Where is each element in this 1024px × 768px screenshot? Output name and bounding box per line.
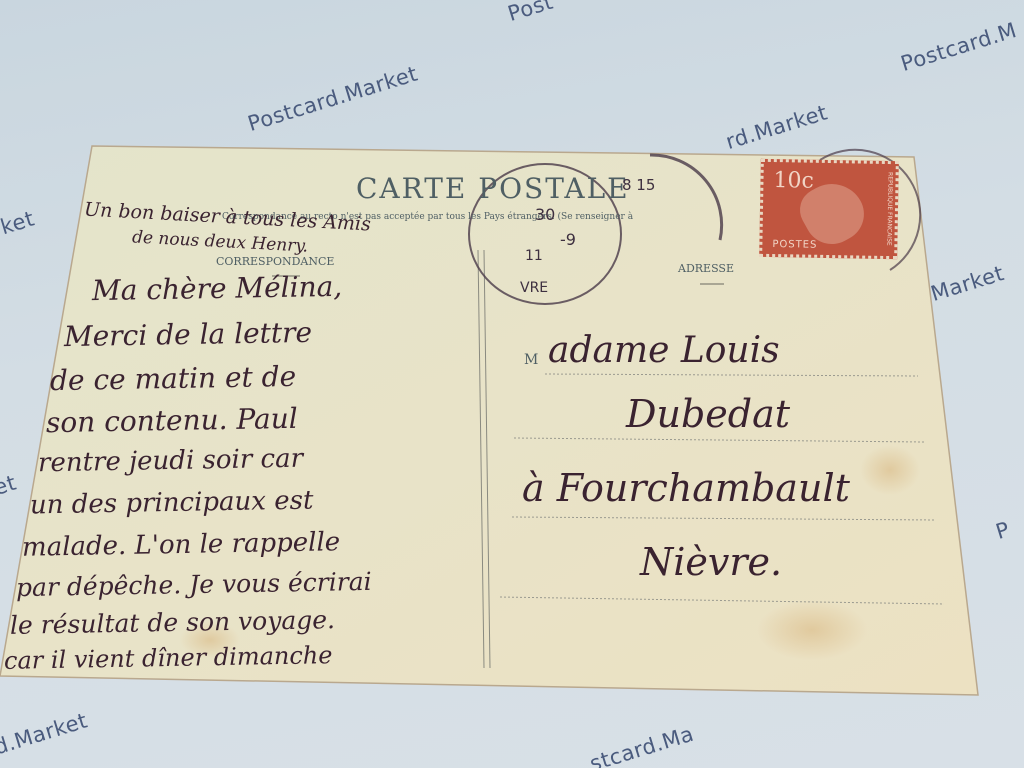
postmark-dept: VRE (520, 280, 548, 296)
message-line: de ce matin et de (50, 360, 297, 397)
address-line: à Fourchambault (522, 466, 850, 510)
postcard: CARTE POSTALE Correspondance au recto n'… (0, 0, 1024, 768)
stamp-value: 10c (773, 168, 814, 194)
address-line: Nièvre. (640, 540, 782, 584)
message-line: son contenu. Paul (46, 402, 298, 439)
postmark-second: 8 15 (622, 176, 655, 194)
postage-stamp: 10c POSTES REPUBLIQUE FRANCAISE (759, 159, 899, 259)
address-line: adame Louis (548, 330, 780, 371)
address-prefix: M (524, 352, 538, 368)
message-line: malade. L'on le rappelle (22, 527, 341, 563)
message-line: Merci de la lettre (64, 316, 313, 353)
message-line: car il vient dîner dimanche (4, 641, 333, 675)
message-line: le résultat de son voyage. (10, 605, 335, 640)
address-label: ADRESSE (678, 262, 734, 275)
postmark-year: 11 (525, 248, 543, 264)
message-line: par dépêche. Je vous écrirai (16, 567, 372, 602)
address-line: Dubedat (626, 392, 790, 436)
stamp-country: REPUBLIQUE FRANCAISE (885, 172, 893, 246)
postcard-title: CARTE POSTALE (356, 172, 630, 205)
postmark-date: 30 (535, 205, 555, 224)
message-line: Ma chère Mélina, (92, 270, 343, 307)
message-line: rentre jeudi soir car (38, 444, 303, 479)
postmark-month: -9 (560, 230, 576, 249)
stamp-label: POSTES (772, 239, 817, 251)
correspondence-label: CORRESPONDANCE (216, 255, 334, 268)
message-line: un des principaux est (30, 486, 314, 521)
